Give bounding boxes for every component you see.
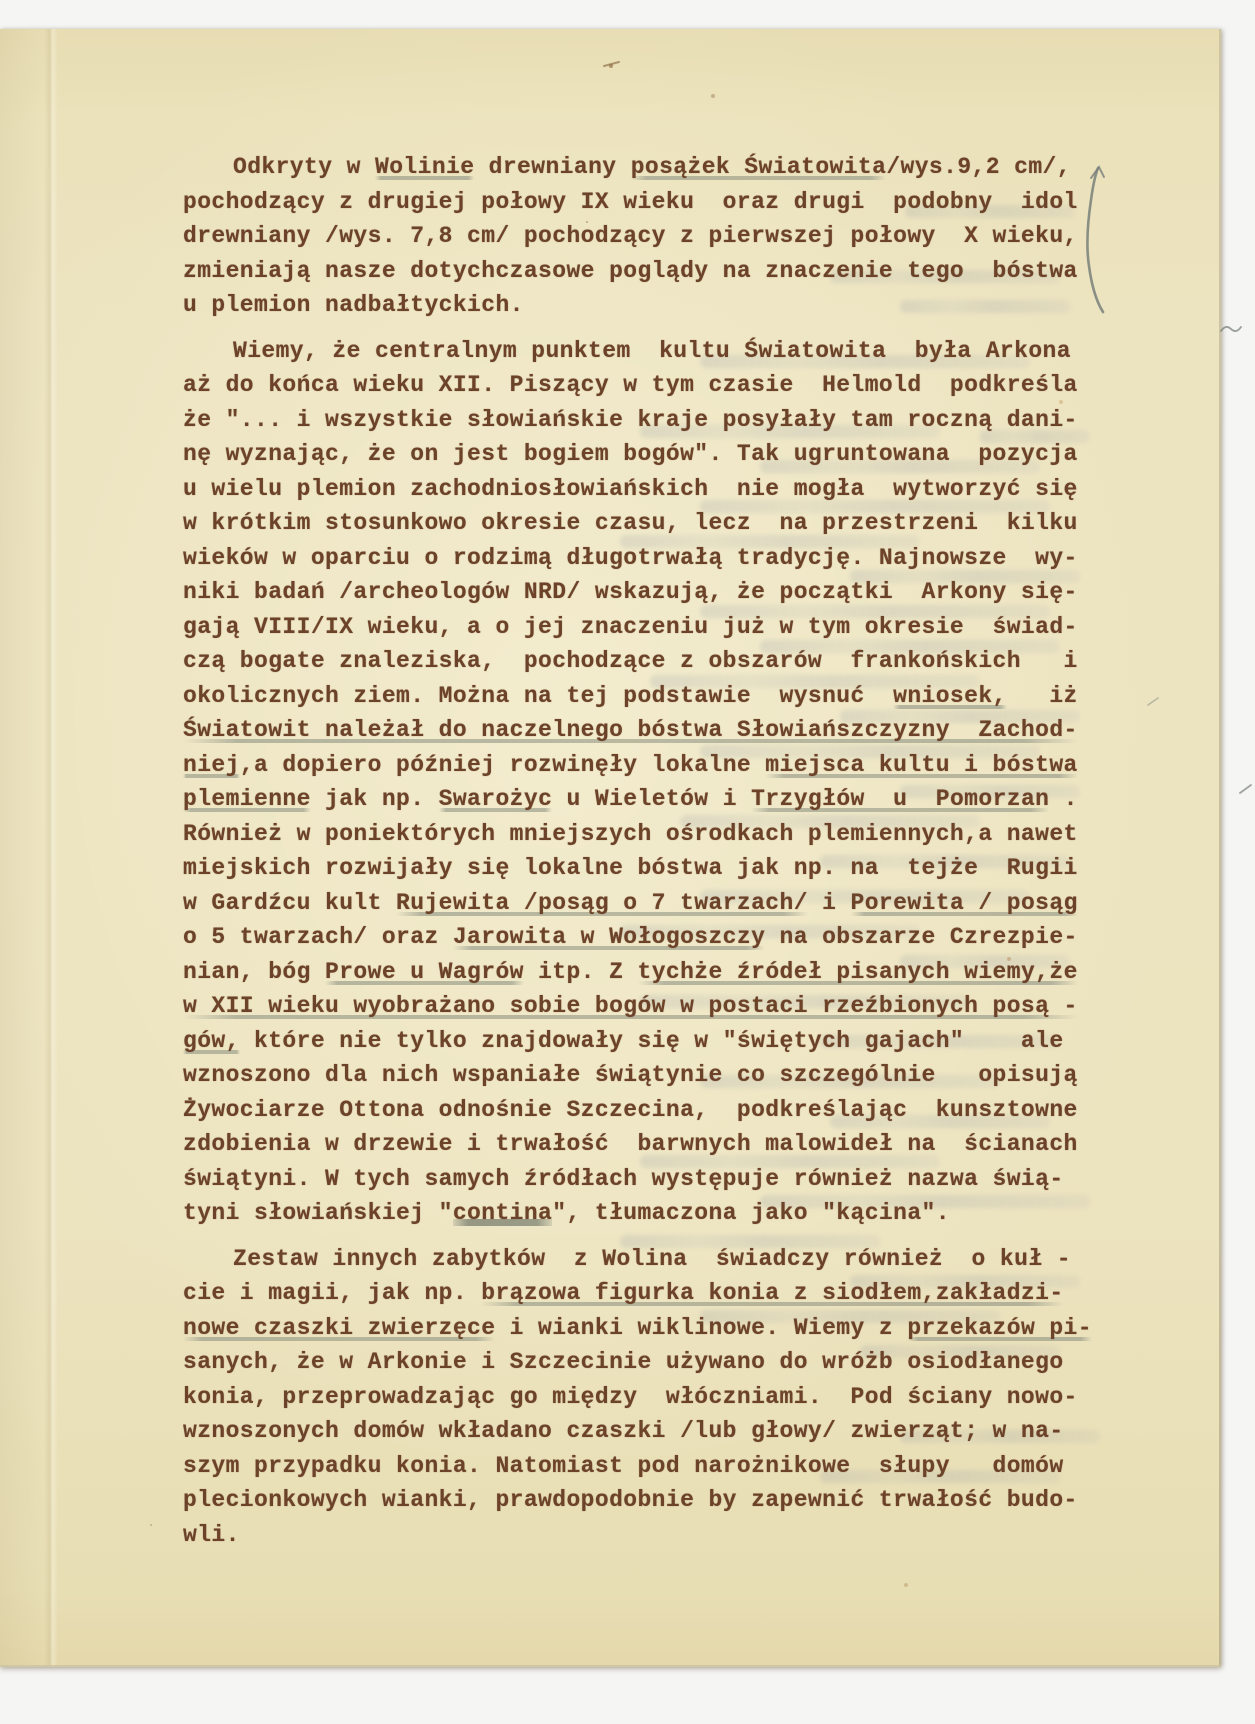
text-segment: drewniany [474,154,630,180]
text-line: Wiemy, że centralnym punktem kultu Świat… [183,334,1103,369]
text-line: czą bogate znaleziska, pochodzące z obsz… [183,644,1103,679]
text-line: konia, przeprowadzając go między włóczni… [183,1380,1103,1415]
paper-edge [1219,29,1221,1667]
text-line: u plemion nadbałtyckich. [183,288,1103,323]
text-line: u wielu plemion zachodniosłowiańskich ni… [183,472,1103,507]
text-line: tyni słowiańskiej "contina", tłumaczona … [183,1196,1103,1231]
pencil-underlined-text: niej [183,752,240,778]
paper-specks [0,29,2,31]
text-segment: Zestaw innych zabytków z Wolina świadczy… [233,1246,1071,1272]
text-line: niej,a dopiero później rozwinęły lokalne… [183,748,1103,783]
text-segment: wznoszono dla nich wspaniałe świątynie c… [183,1062,1078,1088]
text-segment: sanych, że w Arkonie i Szczecinie używan… [183,1349,1064,1375]
text-line: o 5 twarzach/ oraz Jarowita w Wołogoszcz… [183,920,1103,955]
pencil-underlined-text: Jarowita w Wołogoszczy [453,924,765,950]
text-line: w XII wieku wyobrażano sobie bogów w pos… [183,989,1103,1024]
pencil-tilde-mark [1221,327,1241,331]
text-segment: Odkryty w [233,154,375,180]
text-line: pochodzący z drugiej połowy IX wieku ora… [183,185,1103,220]
text-segment: niki badań /archeologów NRD/ wskazują, ż… [183,579,1078,605]
text-segment: Wiemy, że centralnym punktem kultu Świat… [233,338,1071,364]
pencil-underlined-text: w XII wieku wyobrażano sobie bogów w pos… [183,993,1078,1019]
text-segment: okolicznych ziem. Można na tej podstawie… [183,683,893,709]
text-line: Odkryty w Wolinie drewniany posążek Świa… [183,150,1103,185]
text-line: w krótkim stosunkowo okresie czasu, lecz… [183,506,1103,541]
text-segment: konia, przeprowadzając go między włóczni… [183,1384,1078,1410]
text-segment: i [808,890,851,916]
text-segment: iż [1007,683,1078,709]
text-segment: pochodzący z drugiej połowy IX wieku ora… [183,189,1078,215]
text-segment: Również w poniektórych mniejszych ośrodk… [183,821,1078,847]
text-segment: ", tłumaczona jako "kącina". [552,1200,950,1226]
text-segment: itp. Z [524,959,638,985]
paper-edge [0,1665,1221,1667]
paragraph: Wiemy, że centralnym punktem kultu Świat… [183,334,1103,1231]
text-line: Żywociarze Ottona odnośnie Szczecina, po… [183,1093,1103,1128]
text-segment: i wianki wiklinowe. Wiemy z [495,1315,907,1341]
pencil-underlined-text: plemienne [183,786,311,812]
text-line: aż do końca wieku XII. Piszący w tym cza… [183,368,1103,403]
text-line: Również w poniektórych mniejszych ośrodk… [183,817,1103,852]
pencil-underlined-text: wniosek, [893,683,1007,709]
pencil-underlined-text: brązowa figurka konia z siodłem,zakładzi… [481,1280,1063,1306]
pencil-underlined-text: contina [453,1200,552,1226]
text-line: że "... i wszystkie słowiańskie kraje po… [183,403,1103,438]
pencil-underlined-text: nowe czaszki zwierzęce [183,1315,495,1341]
pencil-underlined-text: Trzygłów u Pomorzan [751,786,1049,812]
text-segment: u wielu plemion zachodniosłowiańskich ni… [183,476,1078,502]
pencil-underlined-text: miejsca kultu i bóstwa [765,752,1077,778]
text-line: plecionkowych wianki, prawdopodobnie by … [183,1483,1103,1518]
pencil-underlined-text: Prowe u Wagrów [325,959,524,985]
text-line: nę wyznając, że on jest bogiem bogów". T… [183,437,1103,472]
text-line: zdobienia w drzewie i trwałość barwnych … [183,1127,1103,1162]
text-segment: w Gardźcu kult [183,890,396,916]
text-segment: ,a dopiero później rozwinęły lokalne [240,752,765,778]
text-segment: które nie tylko znajdowały się w "święty… [240,1028,1064,1054]
pencil-underlined-text: Porewita / posąg [851,890,1078,916]
pencil-tick-mark [1240,785,1251,793]
text-segment: aż do końca wieku XII. Piszący w tym cza… [183,372,1078,398]
text-line: nowe czaszki zwierzęce i wianki wiklinow… [183,1311,1103,1346]
paragraph: Odkryty w Wolinie drewniany posążek Świa… [183,150,1103,323]
pencil-underlined-text: gów, [183,1028,240,1054]
text-segment: plecionkowych wianki, prawdopodobnie by … [183,1487,1078,1513]
text-line: nian, bóg Prowe u Wagrów itp. Z tychże ź… [183,955,1103,990]
text-segment: jak np. [311,786,439,812]
text-line: sanych, że w Arkonie i Szczecinie używan… [183,1345,1103,1380]
scanner-background: Odkryty w Wolinie drewniany posążek Świa… [0,0,1255,1724]
text-segment: cie i magii, jak np. [183,1280,481,1306]
text-segment: nę wyznając, że on jest bogiem bogów". T… [183,441,1078,467]
text-line: w Gardźcu kult Rujewita /posąg o 7 twarz… [183,886,1103,921]
text-line: Zestaw innych zabytków z Wolina świadczy… [183,1242,1103,1277]
text-line: niki badań /archeologów NRD/ wskazują, ż… [183,575,1103,610]
text-line: cie i magii, jak np. brązowa figurka kon… [183,1276,1103,1311]
text-segment: . [1049,786,1077,812]
text-segment: czą bogate znaleziska, pochodzące z obsz… [183,648,1078,674]
pencil-underlined-text: Rujewita /posąg o 7 twarzach/ [396,890,808,916]
text-segment: u plemion nadbałtyckich. [183,292,524,318]
text-segment: drewniany /wys. 7,8 cm/ pochodzący z pie… [183,223,1078,249]
text-line: drewniany /wys. 7,8 cm/ pochodzący z pie… [183,219,1103,254]
page-text: Odkryty w Wolinie drewniany posążek Świa… [183,150,1103,1563]
text-line: wieków w oparciu o rodzimą długotrwałą t… [183,541,1103,576]
pencil-underlined-text: posążek Światowita [631,154,887,180]
text-line: okolicznych ziem. Można na tej podstawie… [183,679,1103,714]
text-segment: wli. [183,1522,240,1548]
text-segment: wieków w oparciu o rodzimą długotrwałą t… [183,545,1078,571]
text-line: Światowit należał do naczelnego bóstwa S… [183,713,1103,748]
text-line: wznoszono dla nich wspaniałe świątynie c… [183,1058,1103,1093]
pencil-underlined-text: przekazów pi- [907,1315,1092,1341]
text-segment: tyni słowiańskiej " [183,1200,453,1226]
pencil-underlined-text: Wolinie [375,154,474,180]
text-line: zmieniają nasze dotychczasowe poglądy na… [183,254,1103,289]
text-segment: szym przypadku konia. Natomiast pod naro… [183,1453,1064,1479]
pencil-underlined-text: Swarożyc [439,786,553,812]
text-segment: Żywociarze Ottona odnośnie Szczecina, po… [183,1097,1078,1123]
text-segment: wznoszonych domów wkładano czaszki /lub … [183,1418,1064,1444]
text-segment: świątyni. W tych samych źródłach występu… [183,1166,1064,1192]
text-line: szym przypadku konia. Natomiast pod naro… [183,1449,1103,1484]
text-line: miejskich rozwijały się lokalne bóstwa j… [183,851,1103,886]
text-segment: że "... i wszystkie słowiańskie kraje po… [183,407,1078,433]
text-segment: w krótkim stosunkowo okresie czasu, lecz… [183,510,1078,536]
paragraph: Zestaw innych zabytków z Wolina świadczy… [183,1242,1103,1553]
text-line: gają VIII/IX wieku, a o jej znaczeniu ju… [183,610,1103,645]
text-segment: gają VIII/IX wieku, a o jej znaczeniu ju… [183,614,1078,640]
text-segment: zdobienia w drzewie i trwałość barwnych … [183,1131,1078,1157]
text-line: wznoszonych domów wkładano czaszki /lub … [183,1414,1103,1449]
pencil-underlined-text: tychże źródeł pisanych wiemy,że [638,959,1078,985]
left-edge-shading [0,29,44,1667]
text-line: wli. [183,1518,1103,1553]
text-line: świątyni. W tych samych źródłach występu… [183,1162,1103,1197]
text-segment: nian, bóg [183,959,325,985]
text-line: plemienne jak np. Swarożyc u Wieletów i … [183,782,1103,817]
text-segment: u Wieletów i [552,786,751,812]
text-segment: /wys.9,2 cm/, [886,154,1071,180]
text-segment: zmieniają nasze dotychczasowe poglądy na… [183,258,1078,284]
pencil-underlined-text: Światowit należał do naczelnego bóstwa S… [183,717,1078,743]
text-segment: na obszarze Czrezpie- [765,924,1077,950]
fold-crease [44,29,58,1667]
text-line: gów, które nie tylko znajdowały się w "ś… [183,1024,1103,1059]
text-segment: o 5 twarzach/ oraz [183,924,453,950]
text-segment: miejskich rozwijały się lokalne bóstwa j… [183,855,1078,881]
